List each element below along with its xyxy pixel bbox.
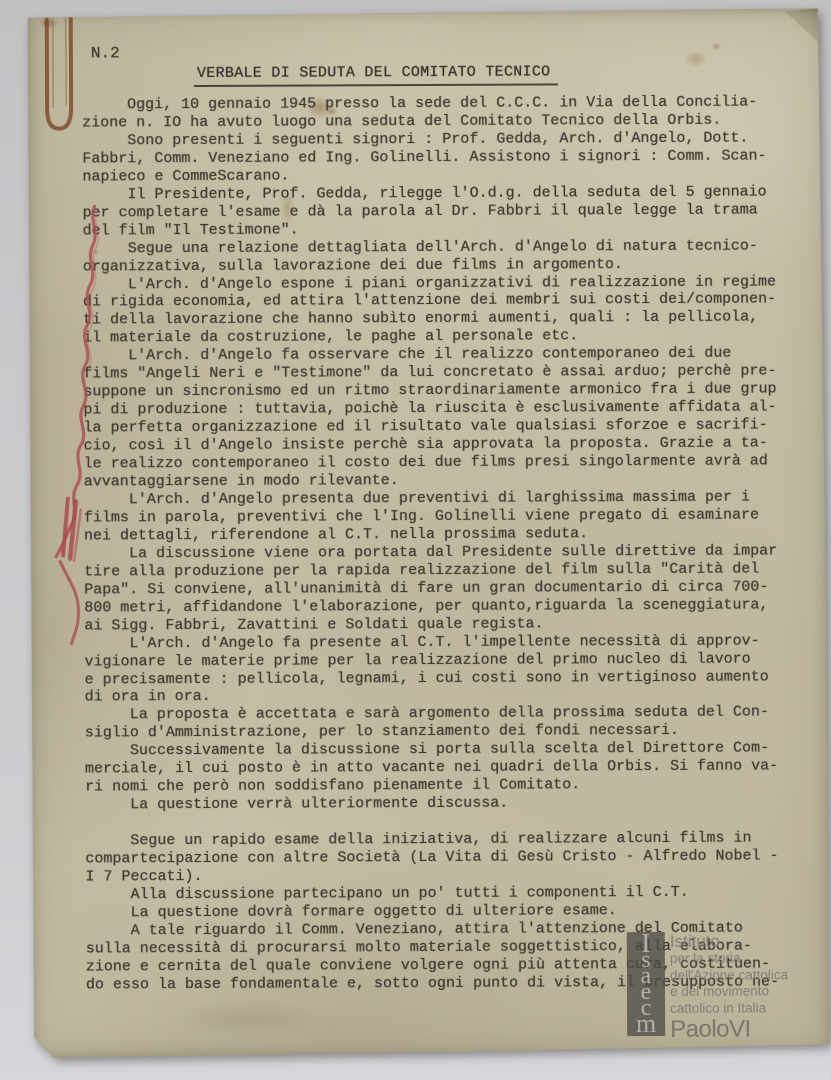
dog-ear-fold [780, 6, 828, 52]
watermark-logo: I s a e c m [627, 932, 665, 1036]
paper-sheet: N.2 VERBALE DI SEDUTA DEL COMITATO TECNI… [22, 6, 831, 1064]
document-title-text: VERBALE DI SEDUTA DEL COMITATO TECNICO [194, 63, 559, 87]
watermark-logo-letter: m [636, 1016, 656, 1032]
watermark-text-line: cattolico in Italia [670, 1000, 788, 1017]
paperclip-rust-mark [47, 18, 71, 129]
stain-mark [710, 41, 723, 52]
watermark-brand: PaoloVI [670, 1016, 788, 1043]
stain-mark [146, 993, 346, 1044]
stain-mark [36, 14, 62, 32]
document-title: VERBALE DI SEDUTA DEL COMITATO TECNICO [194, 63, 559, 87]
paper-sheet-wrap: N.2 VERBALE DI SEDUTA DEL COMITATO TECNI… [22, 6, 831, 1064]
watermark-text-line: per la storia [670, 950, 788, 967]
photo-backdrop: N.2 VERBALE DI SEDUTA DEL COMITATO TECNI… [0, 0, 831, 1080]
paperclip-rust-mark-inner [53, 18, 66, 108]
stain-mark [680, 47, 712, 71]
watermark-text-line: e del movimento [670, 983, 788, 1000]
margin-emphasis-bar [74, 510, 81, 561]
watermark-text: Istituto per la storia dell'Azione catto… [670, 932, 789, 1043]
margin-emphasis-bar [70, 502, 76, 559]
page-number: N.2 [91, 44, 120, 62]
typed-body: Oggi, 10 gennaio 1945 presso la sede del… [82, 93, 779, 994]
watermark-text-line: Istituto [670, 932, 788, 951]
watermark-text-line: dell'Azione cattolica [670, 967, 788, 984]
margin-emphasis-bar [63, 499, 68, 556]
margin-curved-mark [60, 562, 79, 644]
